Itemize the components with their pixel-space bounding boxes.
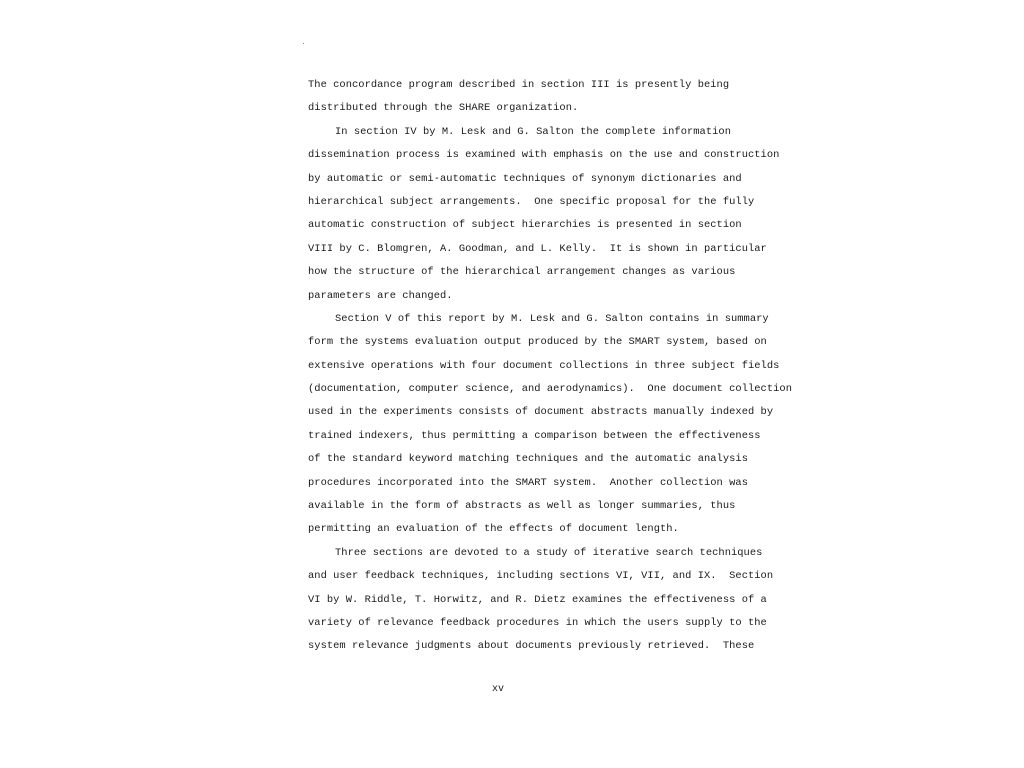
text-line: distributed through the SHARE organizati… (308, 100, 748, 123)
text-line: (documentation, computer science, and ae… (308, 381, 748, 404)
text-line: how the structure of the hierarchical ar… (308, 264, 748, 287)
scan-speck (303, 43, 304, 44)
page-number: xv (492, 684, 504, 695)
text-line: VI by W. Riddle, T. Horwitz, and R. Diet… (308, 592, 748, 615)
text-line: In section IV by M. Lesk and G. Salton t… (308, 124, 748, 147)
text-line: system relevance judgments about documen… (308, 638, 748, 661)
text-line: trained indexers, thus permitting a comp… (308, 428, 748, 451)
text-line: available in the form of abstracts as we… (308, 498, 748, 521)
text-line: The concordance program described in sec… (308, 77, 748, 100)
text-line: automatic construction of subject hierar… (308, 217, 748, 240)
text-line: Three sections are devoted to a study of… (308, 545, 748, 568)
text-line: extensive operations with four document … (308, 358, 748, 381)
text-line: hierarchical subject arrangements. One s… (308, 194, 748, 217)
text-line: used in the experiments consists of docu… (308, 404, 748, 427)
text-line: variety of relevance feedback procedures… (308, 615, 748, 638)
text-line: of the standard keyword matching techniq… (308, 451, 748, 474)
text-line: parameters are changed. (308, 288, 748, 311)
text-line: dissemination process is examined with e… (308, 147, 748, 170)
text-line: procedures incorporated into the SMART s… (308, 475, 748, 498)
body-text: The concordance program described in sec… (308, 77, 748, 662)
text-line: permitting an evaluation of the effects … (308, 521, 748, 544)
text-line: form the systems evaluation output produ… (308, 334, 748, 357)
text-line: and user feedback techniques, including … (308, 568, 748, 591)
text-line: by automatic or semi-automatic technique… (308, 171, 748, 194)
text-line: Section V of this report by M. Lesk and … (308, 311, 748, 334)
document-page: The concordance program described in sec… (0, 0, 1024, 768)
text-line: VIII by C. Blomgren, A. Goodman, and L. … (308, 241, 748, 264)
